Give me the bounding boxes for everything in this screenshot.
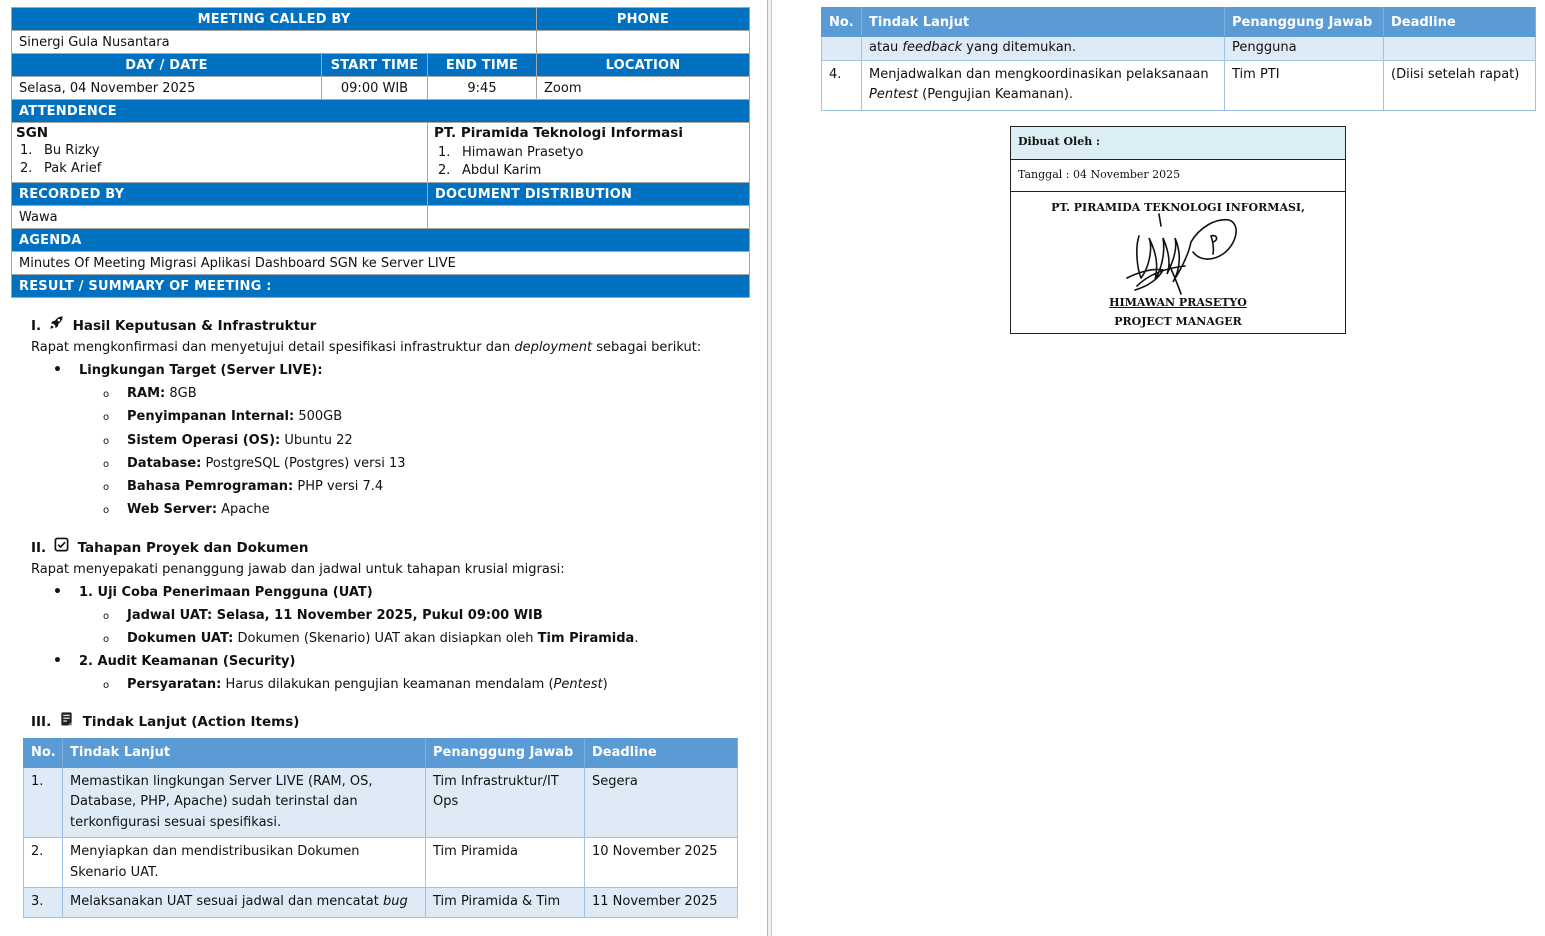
signature-body: PT. PIRAMIDA TEKNOLOGI INFORMASI, HIMAWA… bbox=[1011, 192, 1345, 333]
cell-no: 2. bbox=[24, 838, 63, 888]
table-header: No. Tindak Lanjut Penanggung Jawab Deadl… bbox=[24, 738, 738, 767]
attendence-header: ATTENDENCE bbox=[12, 100, 750, 123]
action-items-table-continued: No. Tindak Lanjut Penanggung Jawab Deadl… bbox=[821, 7, 1536, 111]
cell-pic: Tim Piramida & Tim bbox=[426, 888, 585, 918]
section-infrastructure: I. Hasil Keputusan & Infrastruktur Rapat… bbox=[31, 315, 749, 522]
attendence-pti: PT. Piramida Teknologi Informasi 1.Himaw… bbox=[428, 123, 750, 183]
recorded-by-value: Wawa bbox=[12, 206, 428, 229]
cell-deadline: 10 November 2025 bbox=[585, 838, 738, 888]
cell-deadline: (Diisi setelah rapat) bbox=[1384, 60, 1536, 110]
attendee: 1.Bu Rizky bbox=[20, 142, 420, 160]
signatory-role: PROJECT MANAGER bbox=[1011, 315, 1345, 328]
col-deadline: Deadline bbox=[585, 738, 738, 767]
attendence-org: SGN bbox=[16, 125, 420, 141]
table-row: 4. Menjadwalkan dan mengkoordinasikan pe… bbox=[822, 60, 1536, 110]
cell-no: 4. bbox=[822, 60, 862, 110]
col-pic: Penanggung Jawab bbox=[426, 738, 585, 767]
clipboard-icon bbox=[58, 711, 76, 732]
agenda-value: Minutes Of Meeting Migrasi Aplikasi Dash… bbox=[12, 252, 750, 275]
list-item: Lingkungan Target (Server LIVE): RAM: 8G… bbox=[79, 359, 749, 522]
infrastructure-list: Lingkungan Target (Server LIVE): RAM: 8G… bbox=[31, 359, 749, 522]
attendee: 2.Abdul Karim bbox=[438, 162, 742, 180]
location-header: LOCATION bbox=[537, 54, 750, 77]
page-2: No. Tindak Lanjut Penanggung Jawab Deadl… bbox=[821, 7, 1535, 111]
cell-deadline: 11 November 2025 bbox=[585, 888, 738, 918]
handwritten-signature bbox=[1119, 208, 1239, 298]
cell-no bbox=[822, 37, 862, 61]
section-project-stages: II. Tahapan Proyek dan Dokumen Rapat men… bbox=[31, 537, 749, 697]
spec-item: Penyimpanan Internal: 500GB bbox=[127, 405, 749, 428]
meeting-called-by-header: MEETING CALLED BY bbox=[12, 8, 537, 31]
end-time-header: END TIME bbox=[428, 54, 537, 77]
checkbox-icon bbox=[53, 537, 71, 558]
cell-task: Melaksanakan UAT sesuai jadwal dan menca… bbox=[63, 888, 426, 918]
attendence-list: 1.Himawan Prasetyo 2.Abdul Karim bbox=[434, 144, 742, 180]
spec-item: Database: PostgreSQL (Postgres) versi 13 bbox=[127, 452, 749, 475]
section-lead: Rapat mengkonfirmasi dan menyetujui deta… bbox=[31, 338, 749, 358]
cell-task: Menjadwalkan dan mengkoordinasikan pelak… bbox=[862, 60, 1225, 110]
end-time-value: 9:45 bbox=[428, 77, 537, 100]
cell-no: 1. bbox=[24, 767, 63, 838]
attendence-org: PT. Piramida Teknologi Informasi bbox=[434, 125, 742, 141]
spec-item: Sistem Operasi (OS): Ubuntu 22 bbox=[127, 429, 749, 452]
recorded-by-header: RECORDED BY bbox=[12, 183, 428, 206]
table-row: 3. Melaksanakan UAT sesuai jadwal dan me… bbox=[24, 888, 738, 918]
phone-header: PHONE bbox=[537, 8, 750, 31]
spec-list: RAM: 8GB Penyimpanan Internal: 500GB Sis… bbox=[79, 382, 749, 522]
list-item: 1. Uji Coba Penerimaan Pengguna (UAT) Ja… bbox=[79, 581, 749, 651]
attendee: 2.Pak Arief bbox=[20, 160, 420, 178]
start-time-header: START TIME bbox=[322, 54, 428, 77]
col-no: No. bbox=[24, 738, 63, 767]
day-date-value: Selasa, 04 November 2025 bbox=[12, 77, 322, 100]
table-row: 2. Menyiapkan dan mendistribusikan Dokum… bbox=[24, 838, 738, 888]
section-title: III. Tindak Lanjut (Action Items) bbox=[31, 711, 749, 732]
uat-document: Dokumen UAT: Dokumen (Skenario) UAT akan… bbox=[127, 627, 749, 650]
attendee: 1.Himawan Prasetyo bbox=[438, 144, 742, 162]
col-no: No. bbox=[822, 8, 862, 37]
attendence-sgn: SGN 1.Bu Rizky 2.Pak Arief bbox=[12, 123, 428, 183]
action-items-table: No. Tindak Lanjut Penanggung Jawab Deadl… bbox=[23, 738, 738, 918]
signature-date: Tanggal : 04 November 2025 bbox=[1011, 160, 1345, 192]
phone-value bbox=[537, 31, 750, 54]
page-1: MEETING CALLED BY PHONE Sinergi Gula Nus… bbox=[11, 7, 749, 918]
table-header: No. Tindak Lanjut Penanggung Jawab Deadl… bbox=[822, 8, 1536, 37]
col-deadline: Deadline bbox=[1384, 8, 1536, 37]
section-title: I. Hasil Keputusan & Infrastruktur bbox=[31, 315, 749, 336]
col-task: Tindak Lanjut bbox=[862, 8, 1225, 37]
agenda-header: AGENDA bbox=[12, 229, 750, 252]
uat-schedule: Jadwal UAT: Selasa, 11 November 2025, Pu… bbox=[127, 604, 749, 627]
section-title: II. Tahapan Proyek dan Dokumen bbox=[31, 537, 749, 558]
result-header: RESULT / SUMMARY OF MEETING : bbox=[12, 275, 750, 298]
signature-header: Dibuat Oleh : bbox=[1011, 127, 1345, 160]
signatory-name: HIMAWAN PRASETYO bbox=[1011, 296, 1345, 309]
table-row: 1. Memastikan lingkungan Server LIVE (RA… bbox=[24, 767, 738, 838]
document-distribution-header: DOCUMENT DISTRIBUTION bbox=[428, 183, 750, 206]
audit-requirement: Persyaratan: Harus dilakukan pengujian k… bbox=[127, 673, 749, 696]
document-distribution-value bbox=[428, 206, 750, 229]
page-divider bbox=[767, 0, 772, 936]
rocket-icon bbox=[48, 315, 66, 336]
cell-pic: Pengguna bbox=[1225, 37, 1384, 61]
cell-pic: Tim Piramida bbox=[426, 838, 585, 888]
day-date-header: DAY / DATE bbox=[12, 54, 322, 77]
section-action-items: III. Tindak Lanjut (Action Items) bbox=[31, 711, 749, 732]
col-pic: Penanggung Jawab bbox=[1225, 8, 1384, 37]
audit-sublist: Persyaratan: Harus dilakukan pengujian k… bbox=[79, 673, 749, 696]
spec-item: RAM: 8GB bbox=[127, 382, 749, 405]
section-lead: Rapat menyepakati penanggung jawab dan j… bbox=[31, 560, 749, 580]
cell-pic: Tim PTI bbox=[1225, 60, 1384, 110]
uat-sublist: Jadwal UAT: Selasa, 11 November 2025, Pu… bbox=[79, 604, 749, 651]
table-row: atau feedback yang ditemukan. Pengguna bbox=[822, 37, 1536, 61]
cell-task: Menyiapkan dan mendistribusikan Dokumen … bbox=[63, 838, 426, 888]
spec-item: Web Server: Apache bbox=[127, 498, 749, 521]
spec-item: Bahasa Pemrograman: PHP versi 7.4 bbox=[127, 475, 749, 498]
attendence-list: 1.Bu Rizky 2.Pak Arief bbox=[16, 142, 420, 178]
signature-box: Dibuat Oleh : Tanggal : 04 November 2025… bbox=[1010, 126, 1346, 334]
cell-task: atau feedback yang ditemukan. bbox=[862, 37, 1225, 61]
col-task: Tindak Lanjut bbox=[63, 738, 426, 767]
cell-task: Memastikan lingkungan Server LIVE (RAM, … bbox=[63, 767, 426, 838]
start-time-value: 09:00 WIB bbox=[322, 77, 428, 100]
meeting-info-table: MEETING CALLED BY PHONE Sinergi Gula Nus… bbox=[11, 7, 750, 298]
stages-list: 1. Uji Coba Penerimaan Pengguna (UAT) Ja… bbox=[31, 581, 749, 697]
cell-deadline: Segera bbox=[585, 767, 738, 838]
cell-no: 3. bbox=[24, 888, 63, 918]
cell-pic: Tim Infrastruktur/IT Ops bbox=[426, 767, 585, 838]
cell-deadline bbox=[1384, 37, 1536, 61]
list-item: 2. Audit Keamanan (Security) Persyaratan… bbox=[79, 650, 749, 696]
meeting-called-by-value: Sinergi Gula Nusantara bbox=[12, 31, 537, 54]
location-value: Zoom bbox=[537, 77, 750, 100]
